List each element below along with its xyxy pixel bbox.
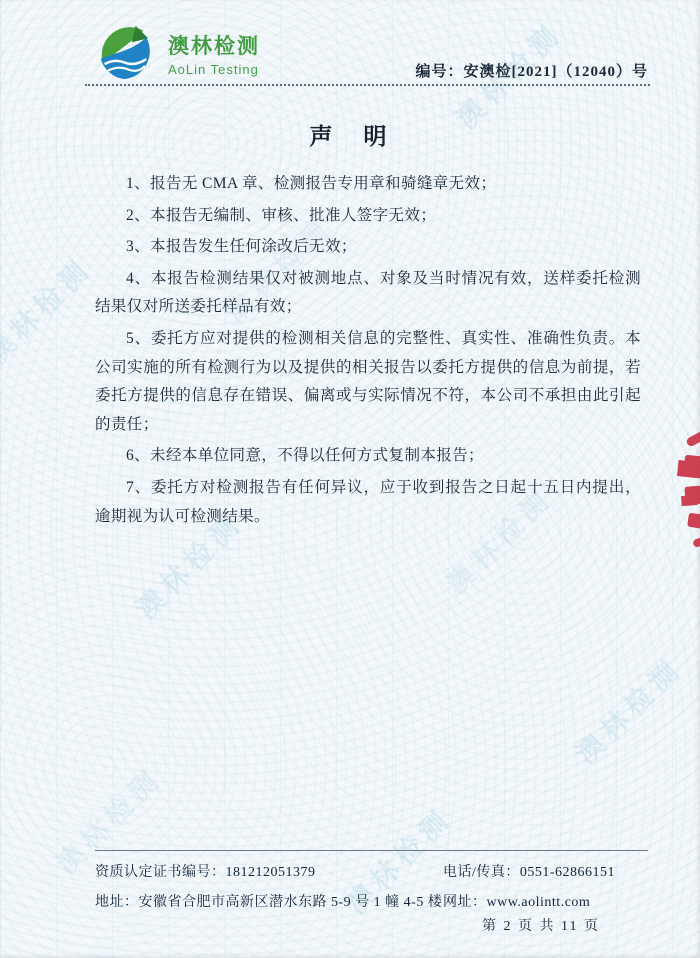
- statement-item-5: 5、委托方应对提供的检测相关信息的完整性、真实性、准确性负责。本公司实施的所有检…: [95, 325, 641, 439]
- watermark-text: 澳林检测: [0, 248, 100, 372]
- statement-item-4: 4、本报告检测结果仅对被测地点、对象及当时情况有效，送样委托检测结果仅对所送委托…: [95, 265, 641, 322]
- red-seal-fragment: [666, 432, 700, 562]
- page-number: 第 2 页 共 11 页: [482, 915, 600, 935]
- certificate-number-label: 资质认定证书编号：: [95, 865, 226, 880]
- document-page: 澳林检测 澳林检测 澳林检测 澳林检测 澳林检测 澳林检测 澳林检测 澳林检测 …: [0, 0, 700, 958]
- document-title: 声 明: [0, 118, 700, 151]
- aolin-logo-icon: [93, 20, 155, 82]
- statements-section: 1、报告无 CMA 章、检测报告专用章和骑缝章无效； 2、本报告无编制、审核、批…: [95, 170, 641, 534]
- report-number-value: 安澳检[2021]（12040）号: [464, 64, 649, 80]
- footer-divider: [95, 850, 648, 851]
- address: 地址：安徽省合肥市高新区潜水东路 5-9 号 1 幢 4-5 楼: [95, 892, 442, 914]
- phone-fax-label: 电话/传真：: [443, 865, 520, 880]
- statement-item-6: 6、未经本单位同意，不得以任何方式复制本报告；: [95, 442, 641, 471]
- watermark-text: 澳林检测: [566, 648, 690, 772]
- statement-item-1: 1、报告无 CMA 章、检测报告专用章和骑缝章无效；: [95, 170, 641, 199]
- report-number: 编号：安澳检[2021]（12040）号: [415, 60, 648, 81]
- header-dotted-divider: [85, 84, 650, 86]
- brand-name-chinese: 澳林检测: [168, 30, 260, 60]
- statement-item-7: 7、委托方对检测报告有任何异议，应于收到报告之日起十五日内提出，逾期视为认可检测…: [95, 474, 641, 531]
- statement-item-3: 3、本报告发生任何涂改后无效；: [95, 233, 641, 262]
- website-label: 网址：: [443, 895, 487, 910]
- report-number-label: 编号：: [415, 64, 463, 80]
- brand-name-english: AoLin Testing: [168, 62, 260, 77]
- address-value: 安徽省合肥市高新区潜水东路 5-9 号 1 幢 4-5 楼: [139, 895, 443, 910]
- address-label: 地址：: [95, 895, 139, 910]
- brand-block: 澳林检测 AoLin Testing: [168, 30, 260, 77]
- website-value: www.aolintt.com: [487, 895, 591, 910]
- certificate-number-value: 181212051379: [226, 865, 316, 880]
- phone-fax: 电话/传真：0551-62866151: [443, 862, 615, 884]
- statement-item-2: 2、本报告无编制、审核、批准人签字无效；: [95, 202, 641, 231]
- certificate-number: 资质认定证书编号：181212051379: [95, 862, 316, 884]
- phone-fax-value: 0551-62866151: [520, 865, 615, 880]
- website: 网址：www.aolintt.com: [443, 892, 590, 914]
